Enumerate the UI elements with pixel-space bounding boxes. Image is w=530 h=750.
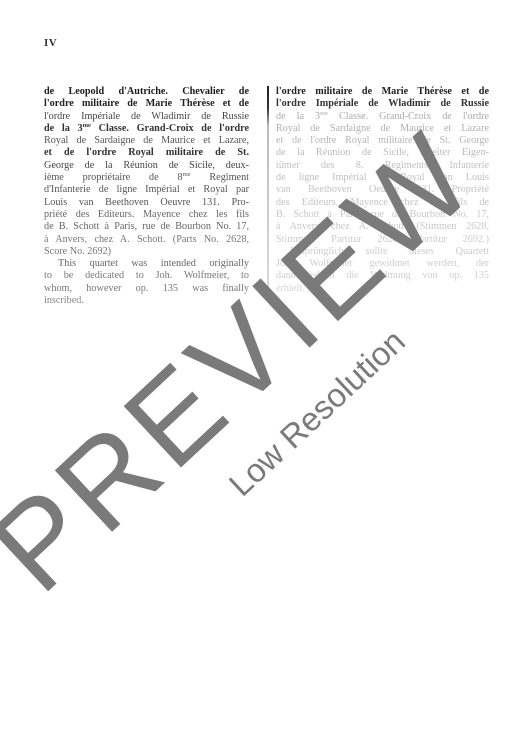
right-column-german-text: l'ordre militaire de Marie Thérèse et de… [276,86,489,295]
text-line: B. Schott à Paris, rue de Bourbon No. 17… [276,209,489,221]
text-line: de B. Schott à Paris, rue de Bourbon No.… [44,221,249,233]
text-line: priété des Editeurs. Mayence chez les fi… [44,209,249,221]
left-column-english-text: de Leopold d'Autriche. Chevalier del'ord… [44,86,249,307]
watermark-low-resolution-text: Low Resolution [222,322,412,503]
text-line: Louis van Beethoven Oeuvre 131. Pro- [44,197,249,209]
text-line: à Anvers, chez A. Schott. (Parts No. 262… [44,234,249,246]
text-line: Joh. Wolfmeier gewidmet werden, der [276,258,489,270]
text-line: des Editeurs. Mayence chez les fils de [276,197,489,209]
text-line: l'ordre militaire de Marie Thérèse et de [276,86,489,98]
text-line: ième propriétaire de 8me Regiment [44,172,249,184]
text-line: Ursprünglich sollte dieses Quartett [276,246,489,258]
text-line: whom, however op. 135 was finally [44,283,249,295]
text-line: erhielt. [276,283,489,295]
page-number: IV [44,37,57,49]
column-divider [267,86,269,302]
text-line: l'ordre Impériale de Wladimir de Russie [44,111,249,123]
text-line: et de l'ordre Royal militaire de St. Geo… [276,135,489,147]
text-line: inscribed. [44,295,249,307]
text-line: Royal de Sardaigne de Maurice et Lazare, [44,135,249,147]
text-line: van Beethoven Oeuvre 131. Propriété [276,184,489,196]
text-line: de la Réunion de Sicile, zweiter Eigen- [276,147,489,159]
text-line: Score No. 2692) [44,246,249,258]
text-line: George de la Réunion de Sicile, deux- [44,160,249,172]
text-line: l'ordre Impériale de Wladimir de Russie [276,98,489,110]
text-line: to be dedicated to Joh. Wolfmeier, to [44,270,249,282]
text-line: de ligne Impérial et Royal von Louis [276,172,489,184]
text-line: tümer des 8. Regiments Infanterie [276,160,489,172]
text-line: dann jedoch die Widmung von op. 135 [276,270,489,282]
text-line: This quartet was intended originally [44,258,249,270]
text-line: Stimmen, Partitur 2628, Partitur 2692.) [276,234,489,246]
text-line: de la 3me Classe. Grand-Croix de l'ordre [276,111,489,123]
text-line: de Leopold d'Autriche. Chevalier de [44,86,249,98]
text-line: l'ordre militaire de Marie Thérèse et de [44,98,249,110]
text-line: à Anvers, chez A. Schott. (Stimmen 2628, [276,221,489,233]
text-line: de la 3me Classe. Grand-Croix de l'ordre [44,123,249,135]
text-line: Royal de Sardaigne de Maurice et Lazare [276,123,489,135]
text-line: et de l'ordre Royal militaire de St. [44,147,249,159]
text-line: d'Infanterie de ligne Impérial et Royal … [44,184,249,196]
